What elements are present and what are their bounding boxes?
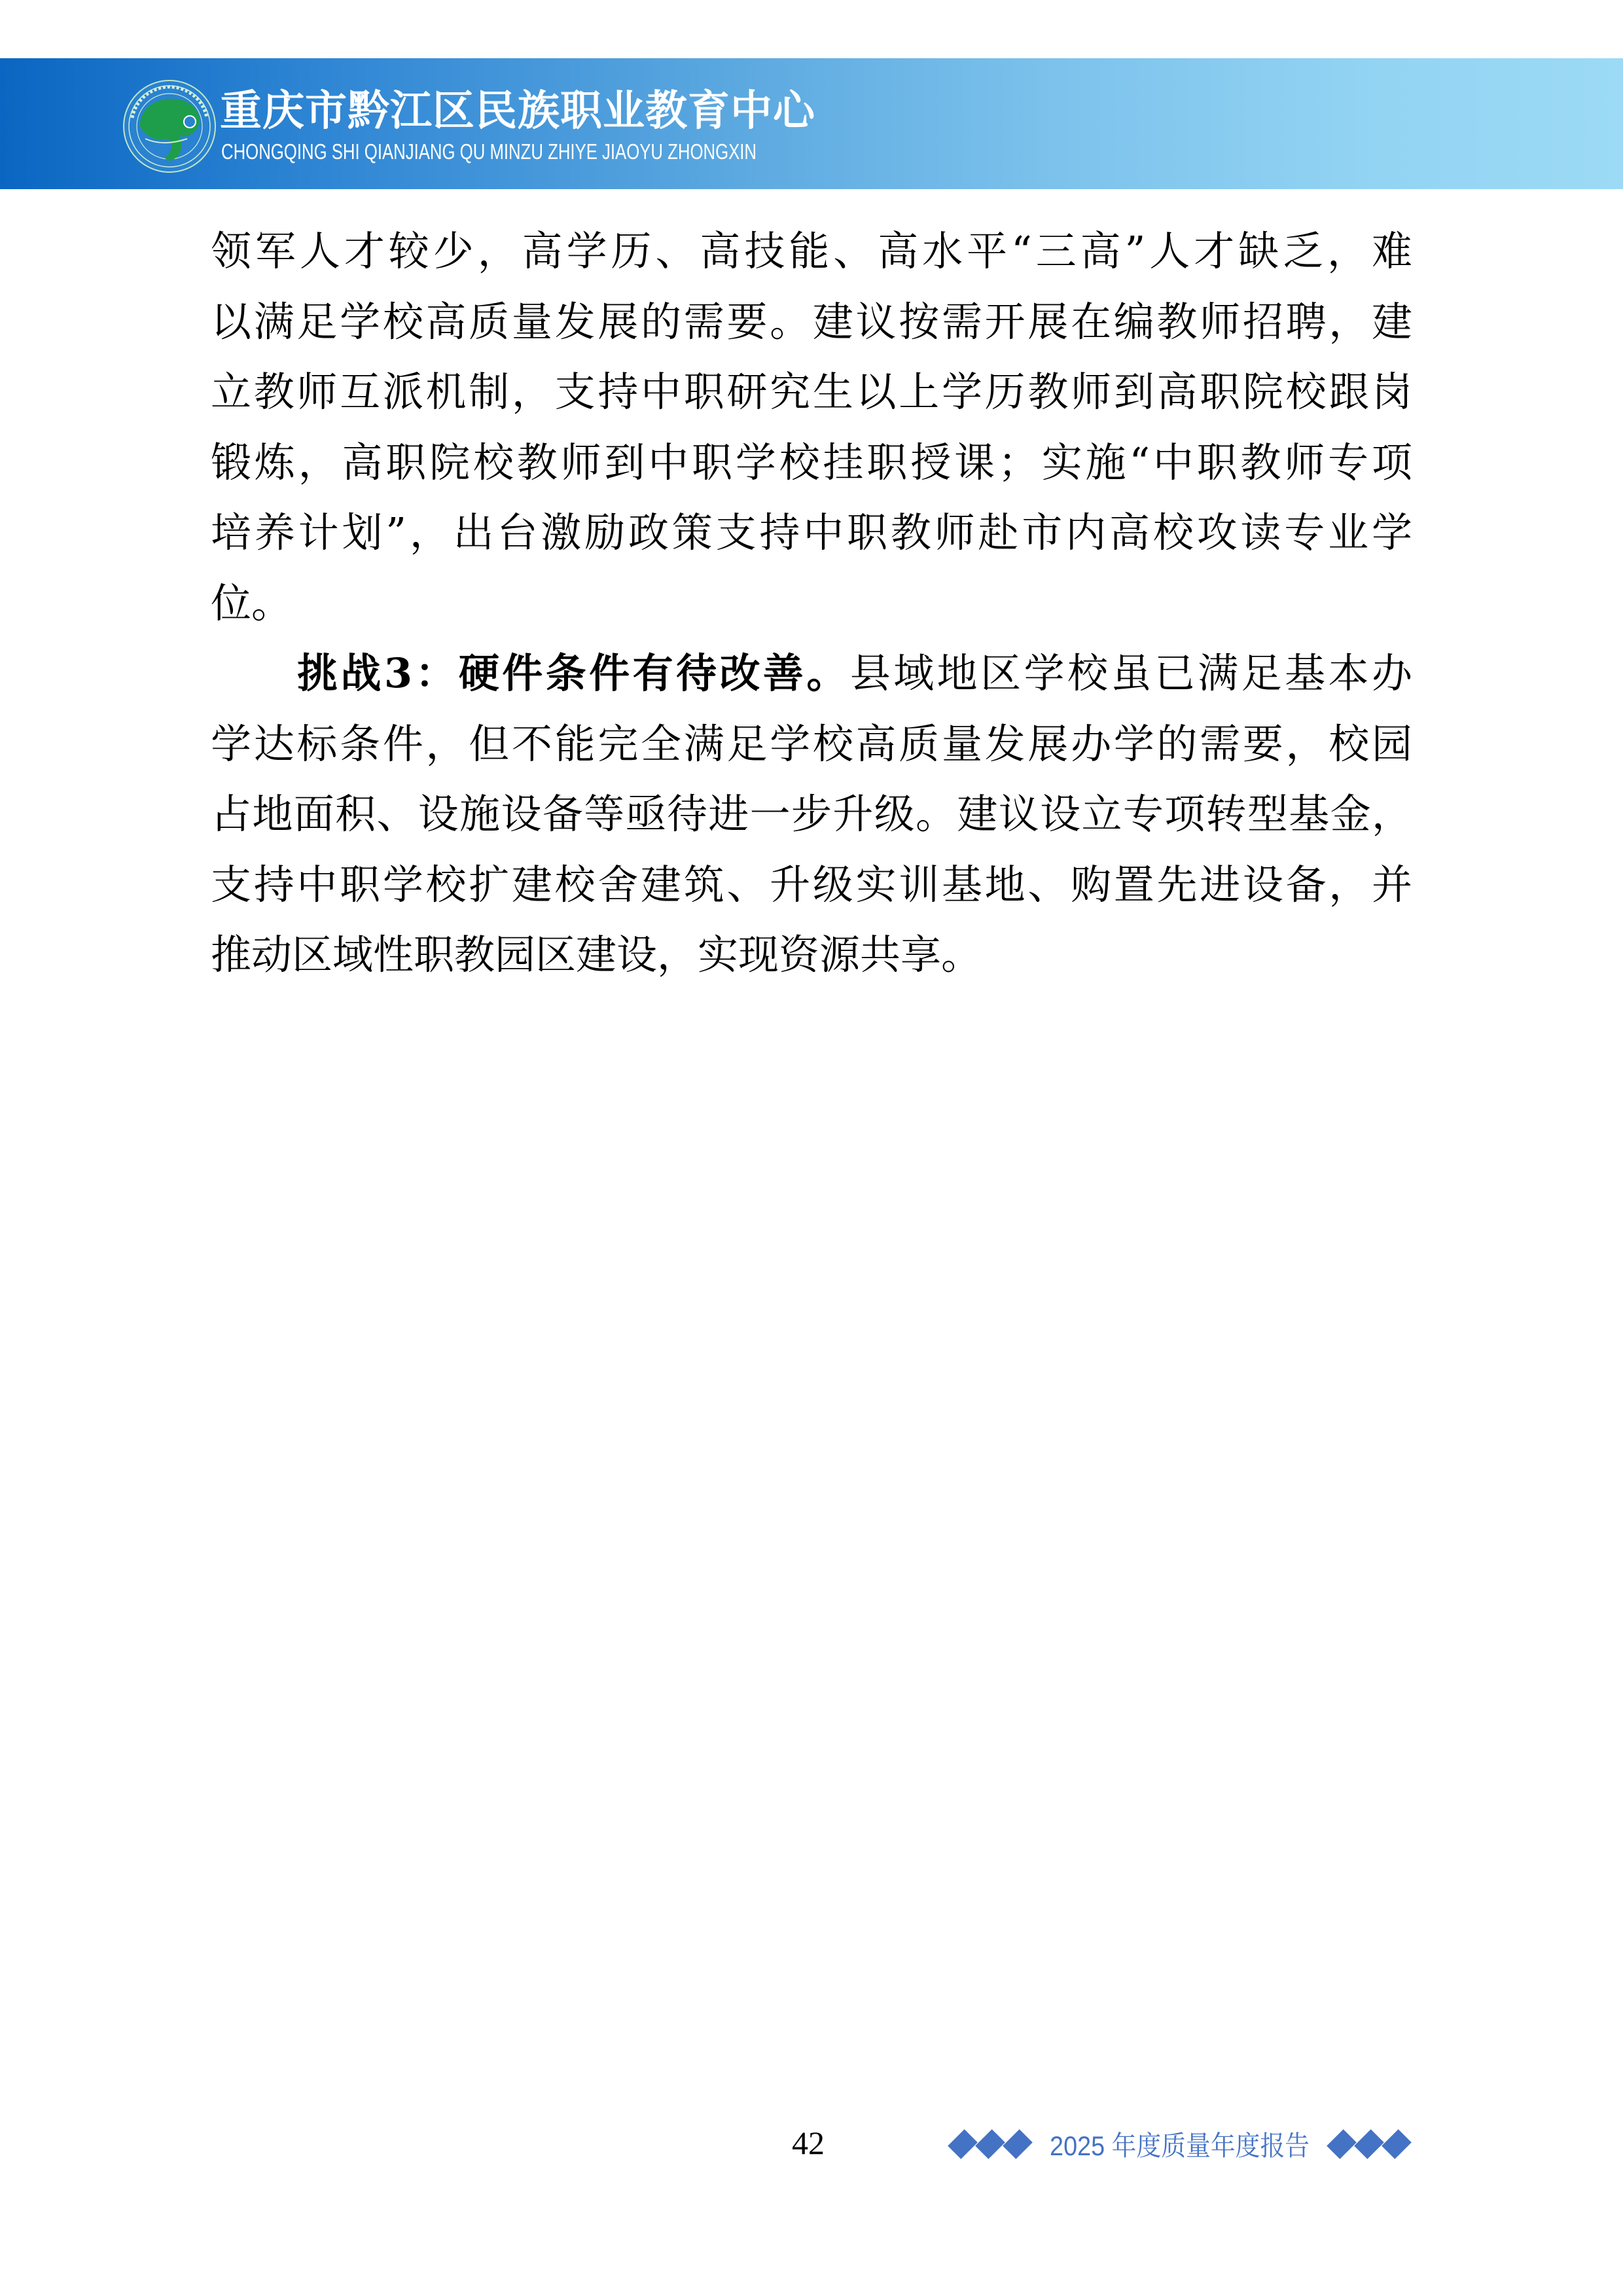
diamond-icon (975, 2129, 1005, 2159)
diamond-icon (1382, 2129, 1412, 2159)
report-title: 2025 年度质量年度报告 (1050, 2125, 1310, 2164)
paragraph-challenge-3-hardware: 挑战3：硬件条件有待改善。县域地区学校虽已满足基本办 学达标条件，但不能完全满足… (211, 638, 1412, 990)
report-footer-label: 2025 年度质量年度报告 (949, 2125, 1410, 2164)
text-line: 领军人才较少，高学历、高技能、高水平“三高”人才缺乏，难 (211, 216, 1412, 287)
diamond-icon (1003, 2129, 1033, 2159)
school-emblem-icon (122, 79, 217, 174)
document-body: 领军人才较少，高学历、高技能、高水平“三高”人才缺乏，难 以满足学校高质量发展的… (211, 216, 1412, 990)
text-line: 立教师互派机制，支持中职研究生以上学历教师到高职院校跟岗 (211, 357, 1412, 427)
text-line: 位。 (211, 568, 1412, 639)
text-line: 培养计划”，出台激励政策支持中职教师赴市内高校攻读专业学 (211, 497, 1412, 568)
text-line: 推动区域性职教园区建设，实现资源共享。 (211, 920, 1412, 990)
text-line: 支持中职学校扩建校舍建筑、升级实训基地、购置先进设备，并 (211, 850, 1412, 920)
diamond-icon (1327, 2129, 1357, 2159)
page-number: 42 (792, 2123, 825, 2162)
diamond-icon (948, 2129, 978, 2159)
text-line-with-heading: 挑战3：硬件条件有待改善。县域地区学校虽已满足基本办 (211, 638, 1412, 709)
challenge-heading: 挑战3：硬件条件有待改善。 (297, 649, 850, 697)
text-line: 以满足学校高质量发展的需要。建议按需开展在编教师招聘，建 (211, 287, 1412, 357)
text-line: 占地面积、设施设备等亟待进一步升级。建议设立专项转型基金， (211, 779, 1412, 850)
text-line: 锻炼，高职院校教师到中职学校挂职授课；实施“中职教师专项 (211, 427, 1412, 498)
school-name-title: 重庆市黔江区民族职业教育中心 (220, 85, 815, 137)
text-line: 学达标条件，但不能完全满足学校高质量发展办学的需要，校园 (211, 709, 1412, 780)
school-name-pinyin: CHONGQING SHI QIANJIANG QU MINZU ZHIYE J… (221, 139, 757, 165)
diamond-icon (1354, 2129, 1384, 2159)
paragraph-teacher-talent: 领军人才较少，高学历、高技能、高水平“三高”人才缺乏，难 以满足学校高质量发展的… (211, 216, 1412, 638)
text-run: 县域地区学校虽已满足基本办 (850, 649, 1412, 697)
